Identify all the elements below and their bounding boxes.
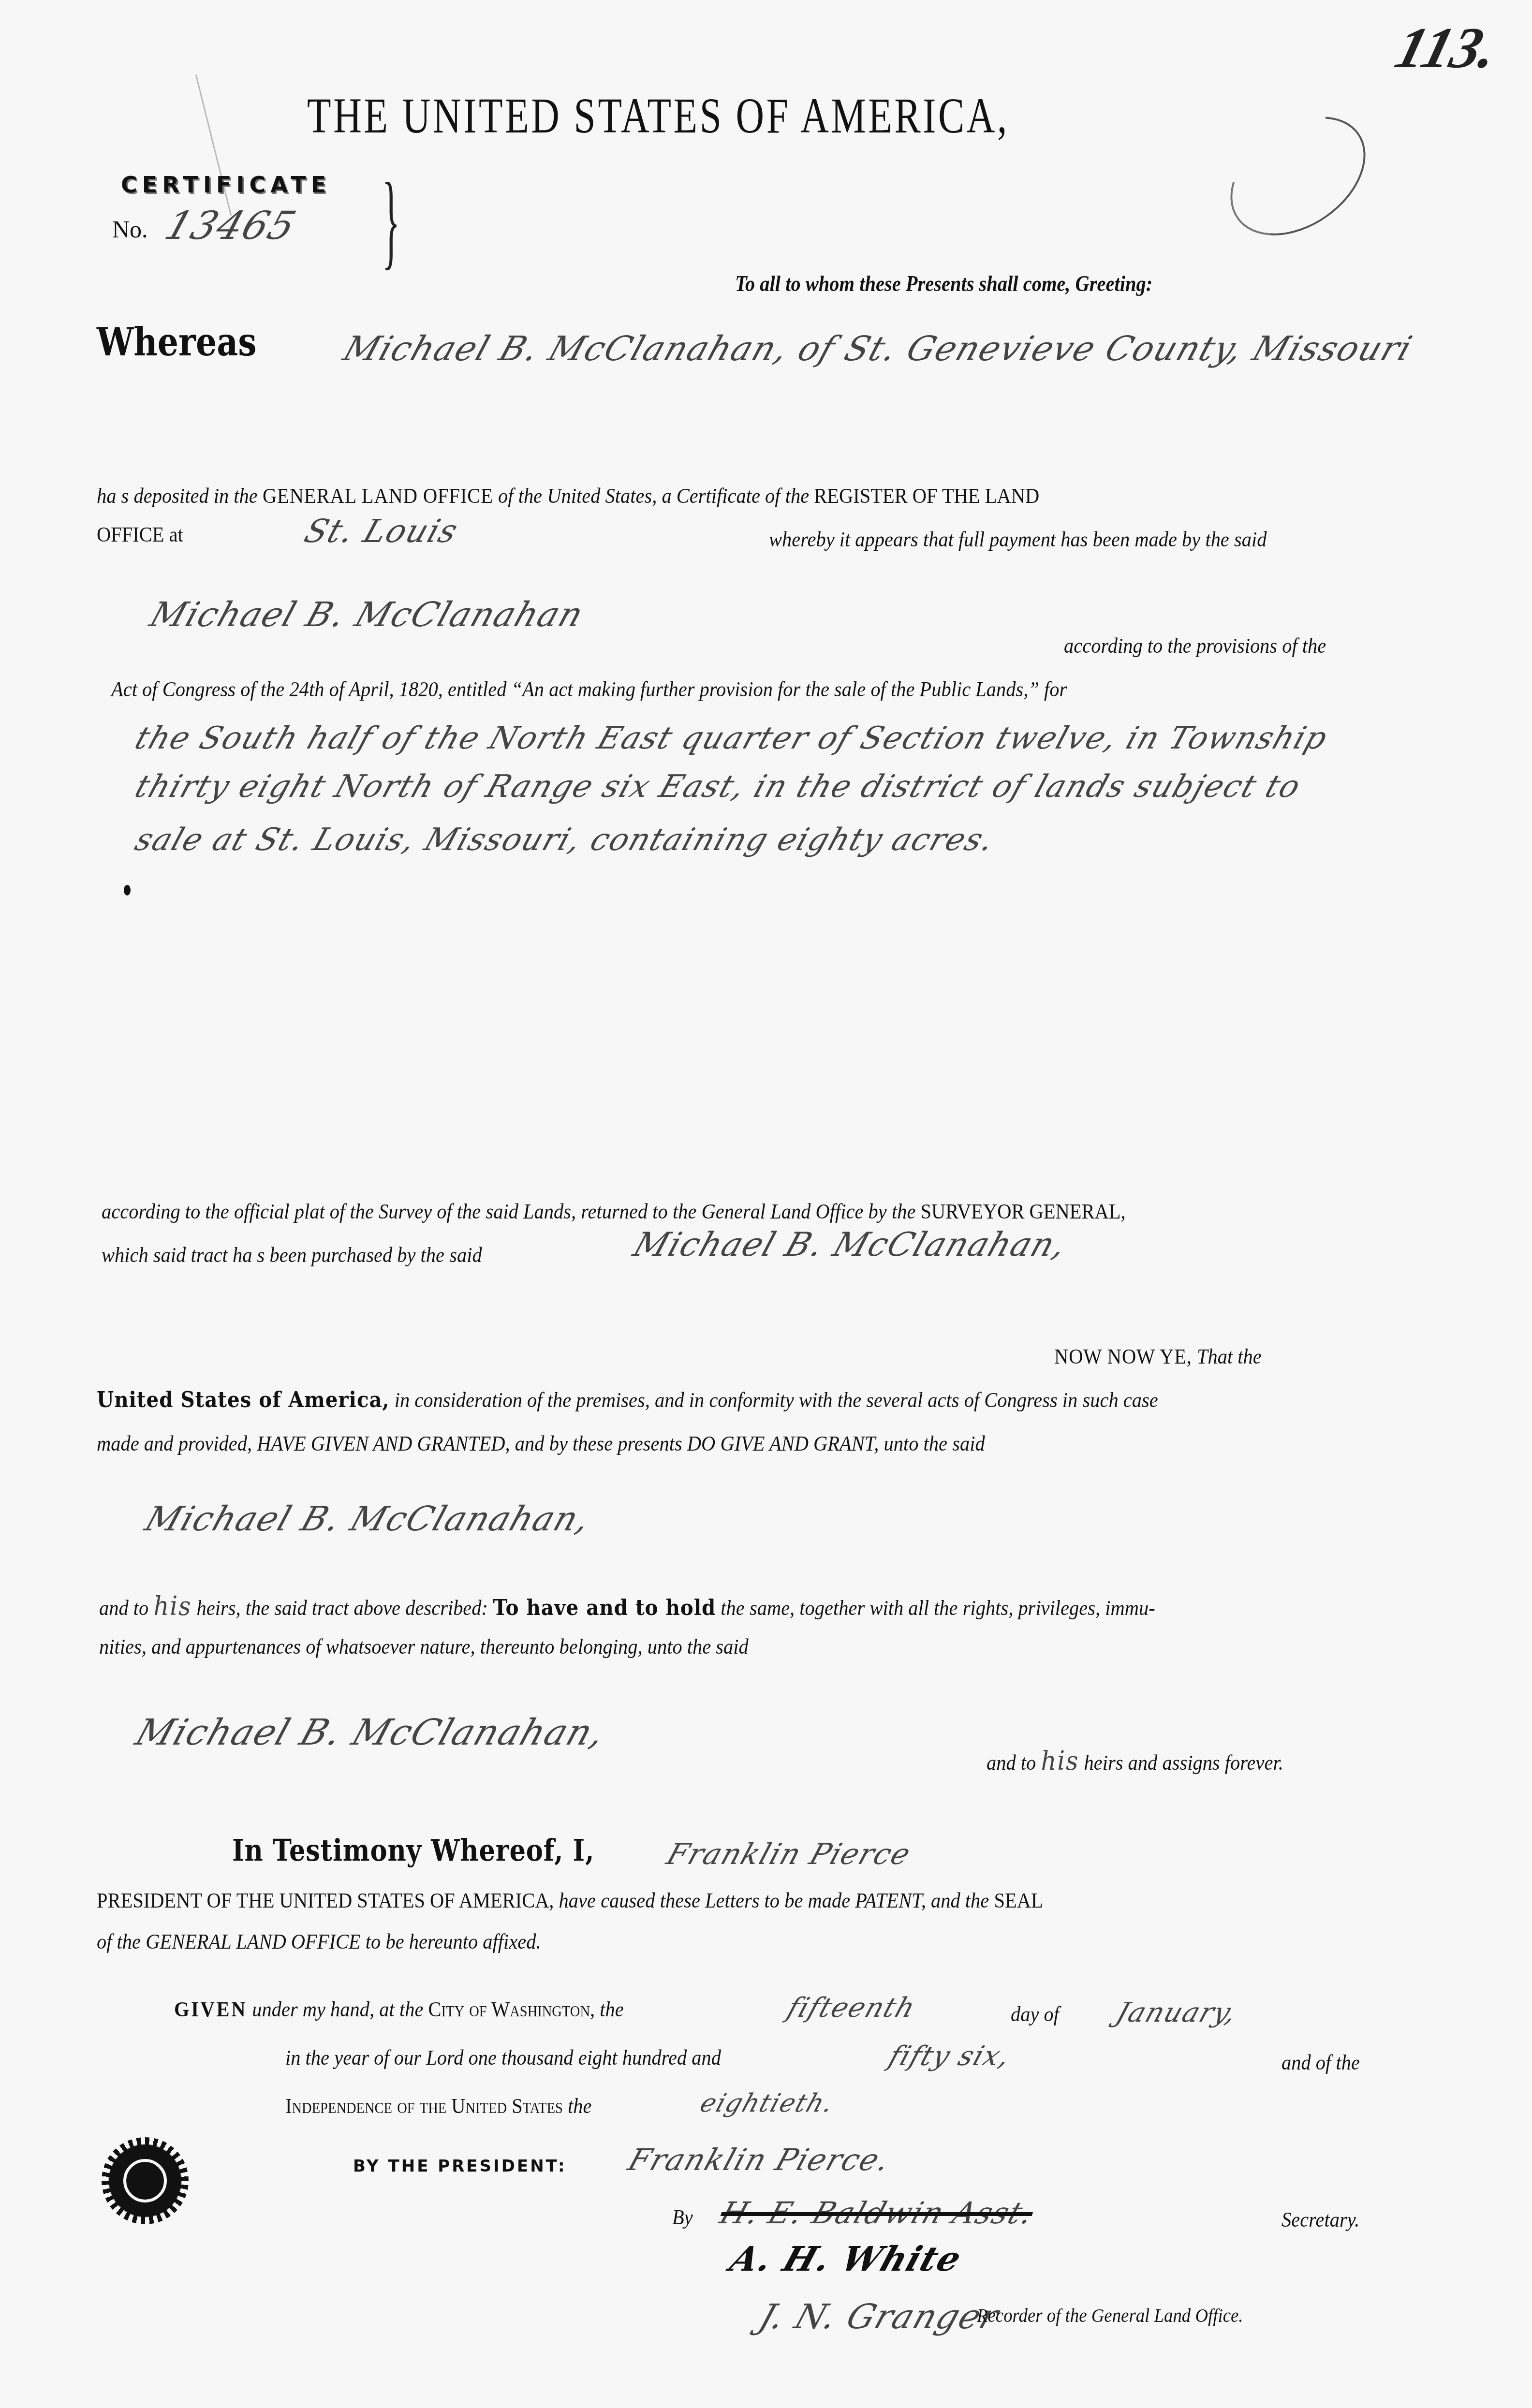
know-ye-line: NOW NOW YE, That the xyxy=(1054,1344,1262,1369)
land-description-line-1: the South half of the North East quarter… xyxy=(131,720,1332,756)
president-line: PRESIDENT OF THE UNITED STATES OF AMERIC… xyxy=(97,1888,1043,1913)
ink-dot xyxy=(124,885,131,896)
purchased-text: been purchased by the said xyxy=(269,1243,482,1267)
president-name: Franklin Pierce xyxy=(663,1837,915,1871)
whereby-text: whereby it appears that full payment has… xyxy=(769,527,1267,552)
under-hand: under my hand, at the xyxy=(252,1997,423,2021)
office-location: St. Louis xyxy=(300,513,463,550)
secretary-label: Secretary. xyxy=(1282,2207,1359,2232)
grantee-name: Michael B. McClanahan, xyxy=(140,1499,596,1539)
grantee-name-whereas: Michael B. McClanahan, of St. Genevieve … xyxy=(339,329,1418,368)
month-value: January, xyxy=(1112,1997,1241,2028)
forever-text: heirs and assigns forever. xyxy=(1084,1751,1283,1775)
office-at-label: OFFICE at xyxy=(97,522,183,547)
year-value: fifty six, xyxy=(885,2041,1015,2072)
deposit-line-1: ha s deposited in the GENERAL LAND OFFIC… xyxy=(97,484,1039,508)
has-prefix: ha xyxy=(97,484,116,508)
certificate-number: 13465 xyxy=(160,203,302,248)
day-of-label: day of xyxy=(1011,2002,1059,2026)
testimony-label: In Testimony Whereof, I, xyxy=(232,1833,594,1868)
recorder-signature: J. N. Granger xyxy=(754,2297,1004,2336)
greeting: To all to whom these Presents shall come… xyxy=(735,271,1152,296)
the-label-2: the xyxy=(568,2094,591,2118)
made-provided: made and provided, xyxy=(97,1432,252,1455)
secretary-signature: A. H. White xyxy=(725,2239,967,2279)
survey-text: according to the official plat of the Su… xyxy=(102,1200,915,1223)
purchaser-name: Michael B. McClanahan, xyxy=(629,1226,1072,1264)
unto-said: unto the said xyxy=(884,1432,985,1455)
heirs-line: and to his heirs, the said tract above d… xyxy=(99,1591,1155,1621)
consideration-text: in consideration of the premises, and in… xyxy=(395,1388,1158,1412)
land-description-line-3: sale at St. Louis, Missouri, containing … xyxy=(131,822,999,858)
affixed-text: to be hereunto affixed. xyxy=(366,1930,541,1953)
register-label: REGISTER OF THE LAND xyxy=(814,484,1039,508)
his-handwritten: his xyxy=(153,1591,191,1621)
deposit-text: deposited in the xyxy=(133,484,257,508)
survey-line-2: which said tract ha s been purchased by … xyxy=(102,1243,482,1267)
granted-line: made and provided, HAVE GIVEN AND GRANTE… xyxy=(97,1431,985,1456)
caused-text: have caused these Letters to be made xyxy=(559,1889,851,1912)
pencil-oval-mark xyxy=(1208,92,1388,260)
heirs-tract: heirs, the said tract above described: xyxy=(196,1596,488,1620)
president-title: PRESIDENT OF THE UNITED STATES OF AMERIC… xyxy=(97,1889,554,1912)
and-the: and the xyxy=(931,1889,989,1912)
secretary-struck-signature: H. E. Baldwin Asst. xyxy=(716,2195,1039,2231)
forever-line: and to his heirs and assigns forever. xyxy=(987,1746,1283,1776)
consideration-line: United States of America, in considerati… xyxy=(97,1388,1158,1412)
day-value: fifteenth xyxy=(783,1992,920,2024)
nities-text: nities, and appurtenances of whatsoever … xyxy=(99,1634,749,1659)
seal-label: SEAL xyxy=(994,1889,1043,1912)
to-have-and-to-hold: To have and to hold xyxy=(493,1596,716,1620)
payer-name: Michael B. McClanahan xyxy=(145,595,589,634)
by-these-presents: and by these presents xyxy=(515,1432,682,1455)
brace-icon: } xyxy=(382,167,400,273)
certificate-number-label: No. xyxy=(112,215,148,243)
have-given-label: HAVE GIVEN AND GRANTED, xyxy=(257,1432,510,1455)
do-give-label: DO GIVE AND GRANT, xyxy=(687,1432,879,1455)
survey-line-1: according to the official plat of the Su… xyxy=(102,1199,1126,1224)
given-line: GIVEN under my hand, at the City of Wash… xyxy=(174,1997,624,2022)
surveyor-general-label: SURVEYOR GENERAL, xyxy=(921,1200,1126,1223)
deposit-mid: of the United States, a Certificate of t… xyxy=(498,484,809,508)
whereas-label: Whereas xyxy=(97,319,257,365)
document-title: THE UNITED STATES OF AMERICA, xyxy=(307,87,1009,145)
affixed-line: of the GENERAL LAND OFFICE to be hereunt… xyxy=(97,1929,541,1954)
by-label: By xyxy=(672,2205,693,2230)
that-the: That the xyxy=(1197,1345,1262,1368)
provisions-text: according to the provisions of the xyxy=(1064,633,1326,658)
independence-value: eightieth. xyxy=(696,2089,838,2118)
independence-label: Independence of the United States xyxy=(285,2094,563,2118)
rights-text: the same, together with all the rights, … xyxy=(721,1596,1155,1620)
glo-label-2: GENERAL LAND OFFICE xyxy=(146,1930,361,1953)
has-text: ha s xyxy=(233,1243,265,1267)
of-the: of the xyxy=(97,1930,141,1953)
year-text: in the year of our Lord one thousand eig… xyxy=(285,2045,721,2070)
has-suffix: s xyxy=(121,484,129,508)
and-to: and to xyxy=(99,1596,148,1620)
usa-gothic-label: United States of America, xyxy=(97,1388,390,1412)
know-ye-label: NOW NOW YE, xyxy=(1054,1345,1192,1368)
his-handwritten-2: his xyxy=(1041,1746,1079,1776)
city-label: City of Washington, xyxy=(428,1997,595,2021)
glo-label: GENERAL LAND OFFICE xyxy=(263,484,493,508)
by-the-president-label: BY THE PRESIDENT: xyxy=(353,2157,567,2176)
and-to-2: and to xyxy=(987,1751,1036,1775)
patent-label: PATENT, xyxy=(855,1889,926,1912)
and-of-the: and of the xyxy=(1282,2050,1360,2075)
seal-monogram-icon xyxy=(123,2159,167,2202)
land-description-line-2: thirty eight North of Range six East, in… xyxy=(131,769,1306,805)
page-number: 113. xyxy=(1389,15,1505,81)
certificate-label: CERTIFICATE xyxy=(121,172,331,198)
grantee-name-2: Michael B. McClanahan, xyxy=(131,1712,611,1753)
given-label: GIVEN xyxy=(174,1997,247,2021)
president-signature: Franklin Pierce. xyxy=(624,2142,895,2177)
the-label: the xyxy=(600,1997,623,2021)
act-of-congress: Act of Congress of the 24th of April, 18… xyxy=(111,677,1067,702)
independence-line: Independence of the United States the xyxy=(285,2094,592,2118)
which-said-tract: which said tract xyxy=(102,1243,228,1267)
recorder-label: Recorder of the General Land Office. xyxy=(977,2304,1243,2327)
